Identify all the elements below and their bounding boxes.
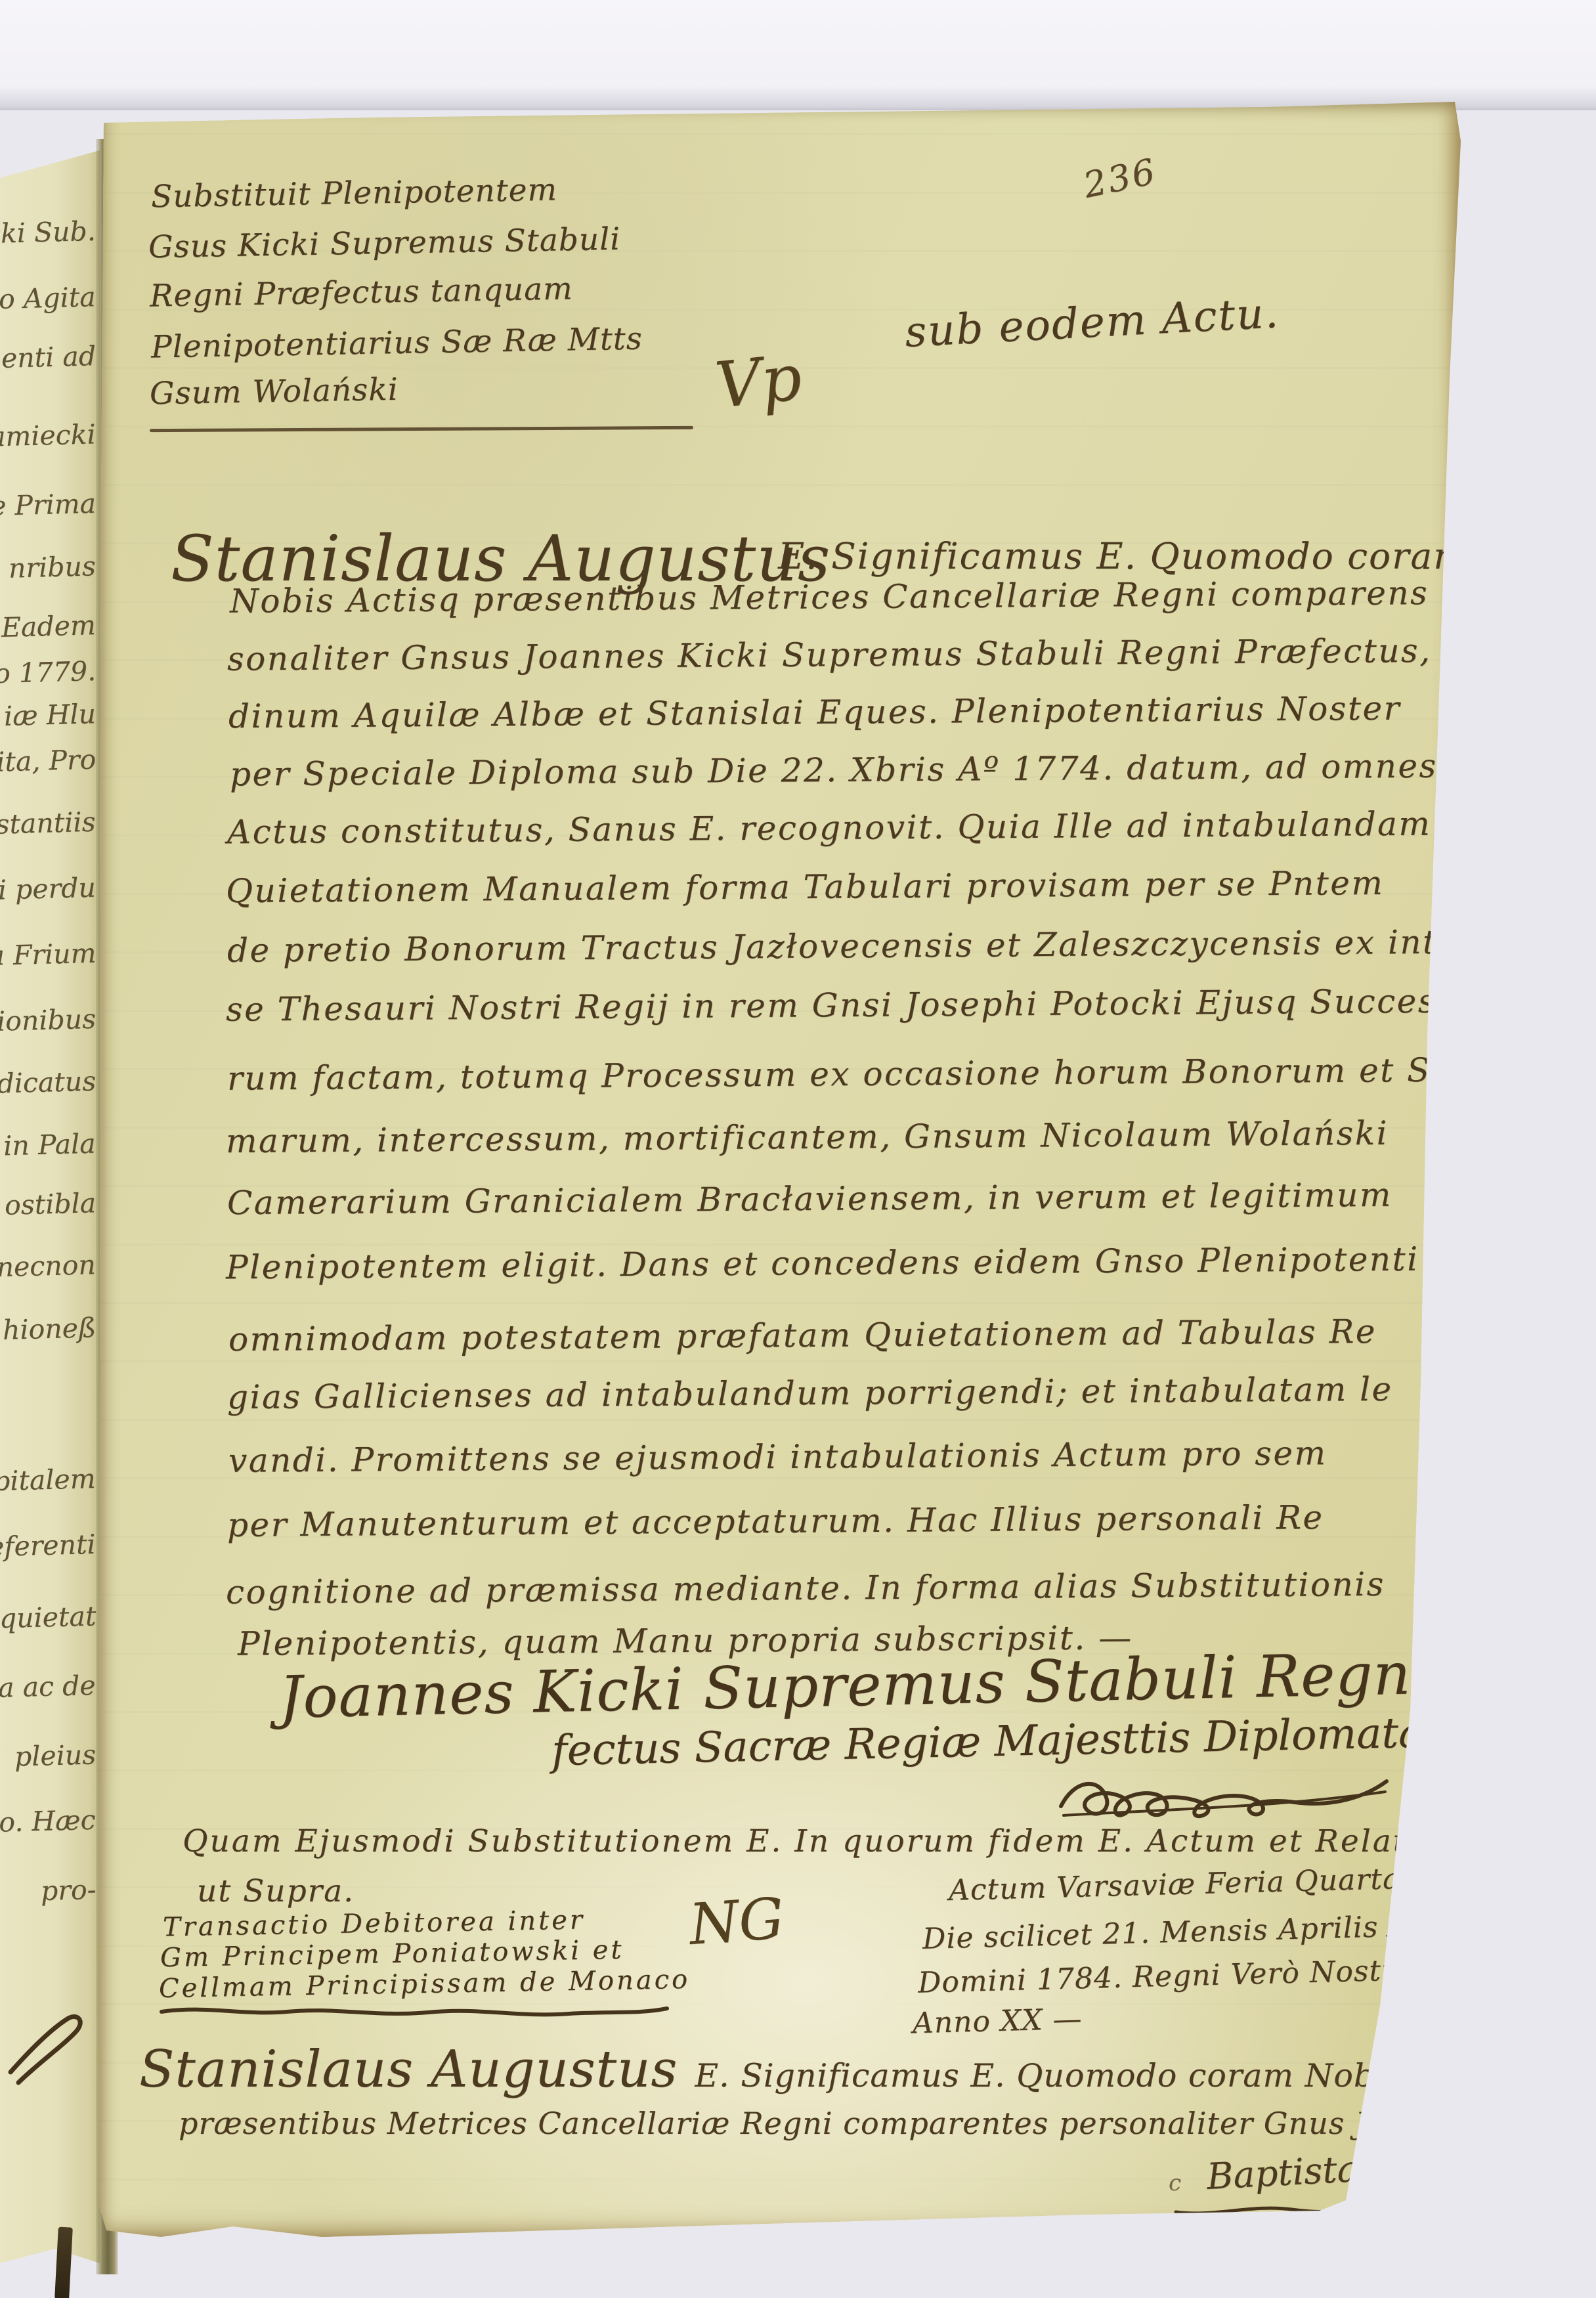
act-body-line: Plenipotentem eligit. Dans et concedens … [226, 1240, 1419, 1287]
act-body-line: cognitione ad præmissa mediante. In form… [226, 1565, 1385, 1611]
facing-line-fragment: la, necnon [0, 1249, 97, 1284]
facing-line-fragment: nstantiis [0, 806, 97, 841]
act-heading-suffix: E. Significamus E. Quomodo coram [778, 535, 1469, 577]
catchword-flourish [1172, 2194, 1402, 2217]
facing-line-fragment: enti ad [1, 340, 96, 374]
registration-note-line: Plenipotentiarius Sæ Ræ Mtts [151, 320, 643, 365]
paraph-mark: Vp [712, 340, 806, 422]
act-body-line: vandi. Promittens se ejusmodi intabulati… [228, 1434, 1327, 1480]
facing-line-fragment: eferenti [0, 1528, 97, 1563]
act-body-line: marum, intercessum, mortificantem, Gnsum… [226, 1114, 1389, 1160]
docket-underline [159, 2003, 671, 2020]
registration-note-line: Regni Præfectus tanquam [150, 271, 574, 314]
facing-line-fragment: cki Sub. [0, 215, 97, 249]
act-body-line: dinum Aquilæ Albæ et Stanislai Eques. Pl… [228, 689, 1401, 735]
closing-line: ut Supra. [197, 1873, 355, 1909]
closing-line: Quam Ejusmodi Substitutionem E. In quoru… [183, 1823, 1440, 1859]
facing-line-fragment: Eadem [1, 609, 97, 643]
notary-mark: NG [687, 1886, 787, 1958]
facing-line-fragment: pleius [14, 1739, 96, 1772]
facing-line-fragment: ostibla [4, 1187, 96, 1221]
facing-line-fragment: e in Pala [0, 1128, 97, 1163]
scanner-background-top [0, 0, 1596, 110]
facing-line-fragment: nribus [9, 550, 97, 584]
facing-line-fragment: o 1779. [0, 655, 97, 689]
act-body-line: sonaliter Gnsus Joannes Kicki Supremus S… [227, 631, 1490, 678]
datum-line: Domini 1784. Regni Verò Nostri [917, 1953, 1406, 1999]
datum-line: Actum Varsaviæ Feria Quarta [948, 1862, 1400, 1907]
folio-number: 236 [1080, 150, 1161, 206]
act-body-line: omnimodam potestatem præfatam Quietation… [228, 1312, 1377, 1358]
signature-flourish [1057, 1769, 1392, 1822]
facing-line-fragment: pro- [40, 1874, 97, 1907]
act-body-line: per Speciale Diploma sub Die 22. Xbris A… [230, 747, 1438, 794]
facing-line-fragment: pitalem [0, 1463, 97, 1497]
act-body-line: rum factam, totumq Processum ex occasion… [227, 1051, 1487, 1097]
binding-tail [54, 2226, 73, 2298]
facing-page-edge: cki Sub. o Agita enti ad Mamiecki ie Pri… [0, 148, 100, 2263]
facing-line-fragment: ædicatus [0, 1066, 97, 1100]
datum-line: Die scilicet 21. Mensis Aprilis Anno [922, 1908, 1467, 1956]
manuscript-page: Substituit Plenipotentem Gsus Kicki Supr… [98, 102, 1461, 2239]
facing-line-fragment: sionibus [0, 1003, 97, 1037]
registration-note-line: Gsus Kicki Supremus Stabuli [148, 221, 621, 266]
act-body-line: Quietationem Manualem forma Tabulari pro… [226, 864, 1385, 910]
facing-line-fragment: Mamiecki [0, 418, 97, 453]
act-body-line: per Manutenturum et acceptaturum. Hac Il… [227, 1498, 1324, 1544]
facing-line-fragment: bita, Pro [0, 744, 97, 779]
facing-line-fragment: ie Prima [0, 488, 97, 523]
note-underline [150, 426, 693, 432]
facing-line-fragment: ia ac de [0, 1670, 97, 1704]
act-body-line: Camerarium Granicialem Bracłaviensem, in… [227, 1176, 1392, 1222]
next-act-heading-suffix: E. Significamus E. Quomodo coram Nobis A… [695, 2057, 1519, 2094]
facing-line-fragment: ta Frium [0, 938, 97, 972]
next-act-first-line: Stanislaus AugustusE. Significamus E. Qu… [139, 2040, 1519, 2099]
catchword-prefix: c [1169, 2170, 1181, 2196]
registration-note-line: Gsum Wolański [150, 372, 399, 412]
catchword: Baptista [1205, 2148, 1359, 2198]
facing-line-fragment: ki perdu [0, 872, 97, 907]
act-body-line: Actus constitutus, Sanus E. recognovit. … [227, 805, 1432, 852]
next-act-line: præsentibus Metrices Cancellariæ Regni c… [179, 2106, 1480, 2141]
act-body-line: gias Gallicienses ad intabulandum porrig… [227, 1370, 1393, 1416]
act-body-line: se Thesauri Nostri Regij in rem Gnsi Jos… [226, 982, 1477, 1028]
facing-line-fragment: m quietat [0, 1600, 97, 1635]
facing-line-fragment: o Agita [0, 281, 97, 315]
facing-line-fragment: hioneß [2, 1312, 96, 1346]
facing-line-fragment: iæ Hlu [3, 698, 96, 732]
act-body-line: de pretio Bonorum Tractus Jazłovecensis … [227, 922, 1498, 970]
registration-note-line: Substituit Plenipotentem [151, 172, 558, 215]
next-act-heading: Stanislaus Augustus [139, 2040, 678, 2099]
side-label: sub eodem Actu. [903, 289, 1280, 357]
facing-line-fragment: do. Hæc [0, 1804, 97, 1839]
margin-flourish [5, 2009, 97, 2088]
datum-line: Anno XX — [912, 2003, 1083, 2041]
act-body-line: Nobis Actisq præsentibus Metrices Cancel… [230, 573, 1502, 620]
